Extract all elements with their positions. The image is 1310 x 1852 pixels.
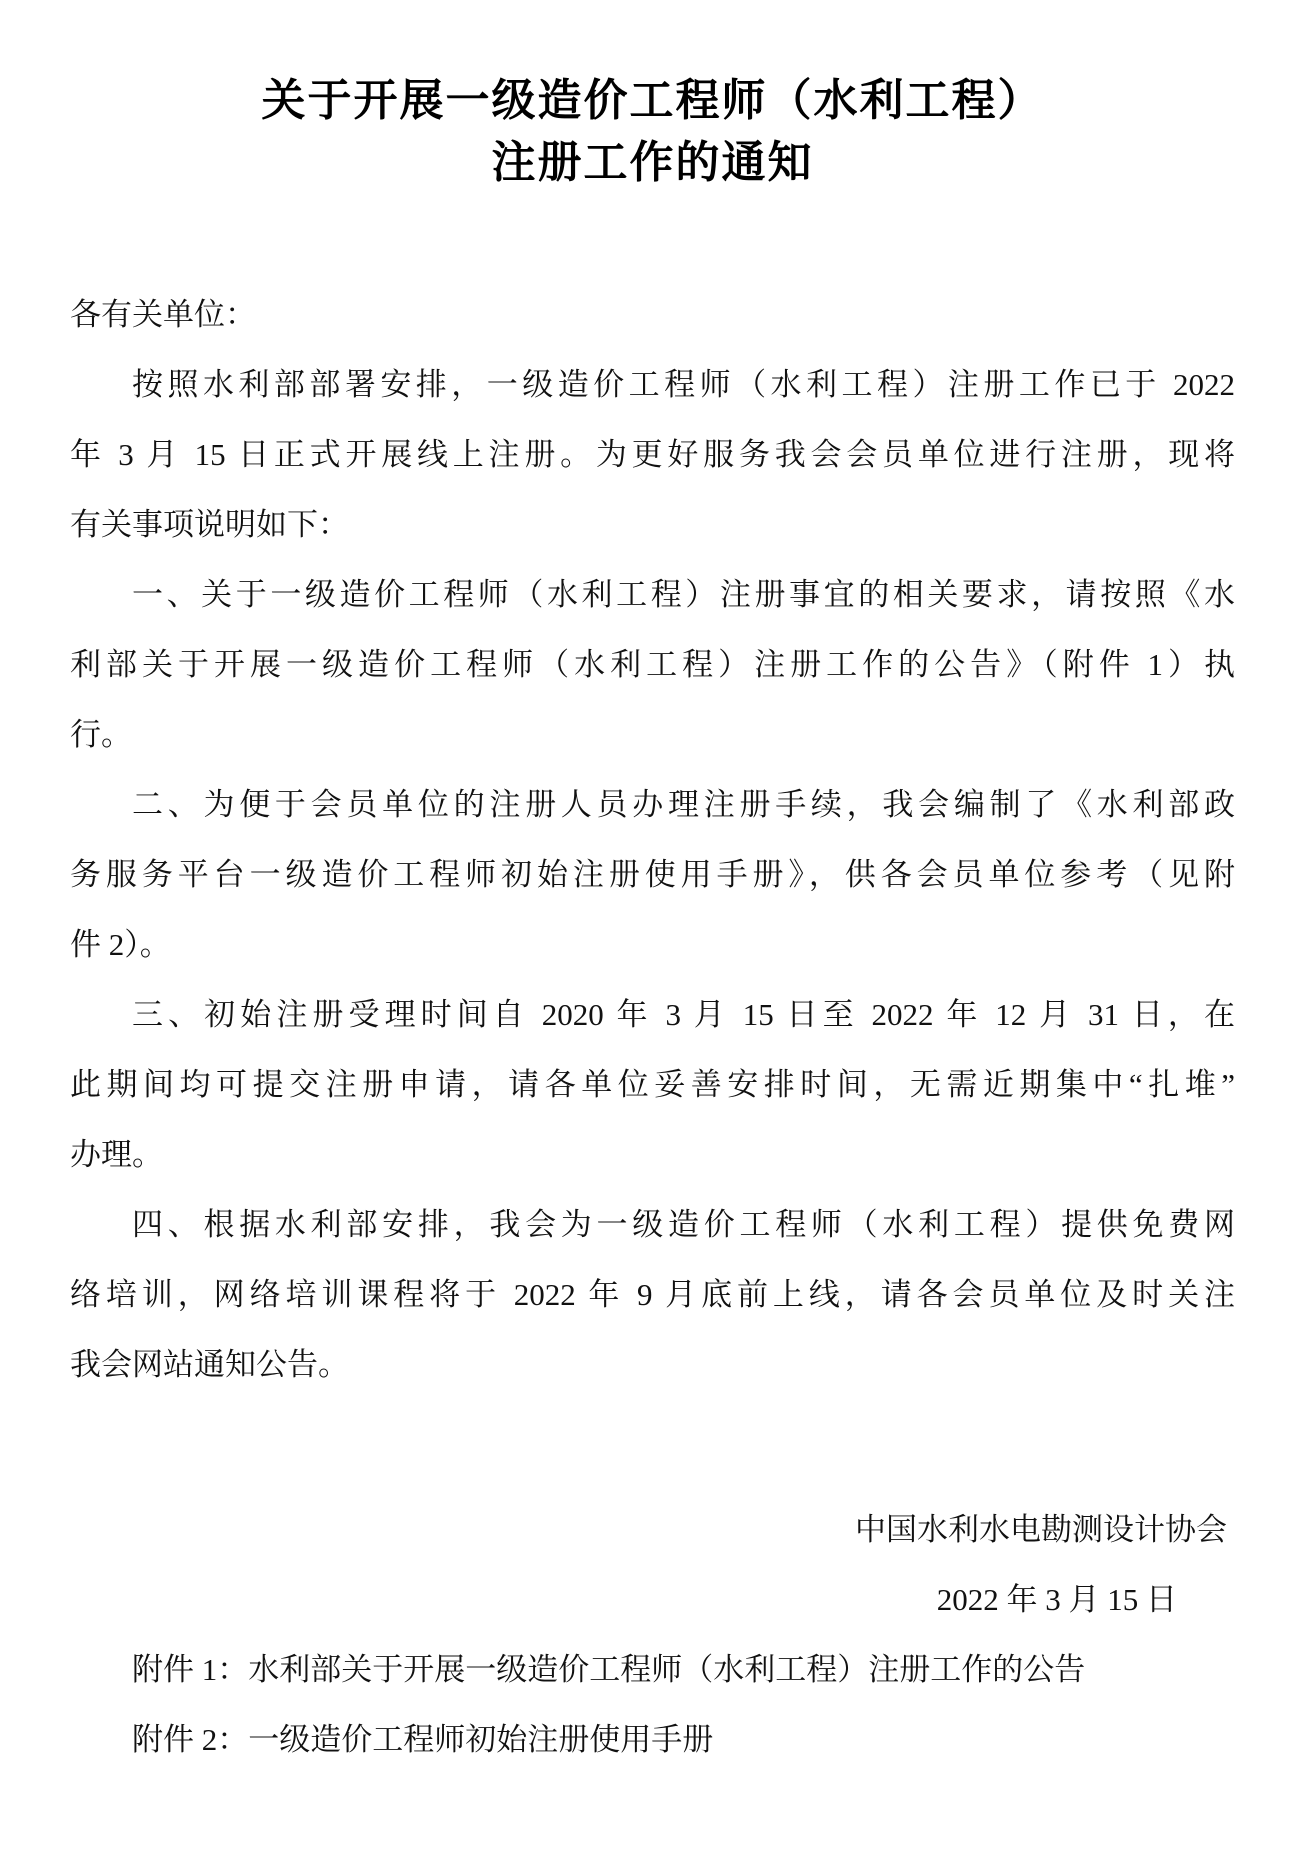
text-line: 我会网站通知公告。 bbox=[70, 1330, 1235, 1400]
text-line: 四、根据水利部安排，我会为一级造价工程师（水利工程）提供免费网 bbox=[70, 1190, 1235, 1260]
text-line: 各有关单位： bbox=[70, 280, 1235, 350]
text-line: 利部关于开展一级造价工程师（水利工程）注册工作的公告》（附件 1）执 bbox=[70, 630, 1235, 700]
text-line: 络培训，网络培训课程将于 2022 年 9 月底前上线，请各会员单位及时关注 bbox=[70, 1260, 1235, 1330]
text-line: 附件 2：一级造价工程师初始注册使用手册 bbox=[70, 1705, 1235, 1775]
text-line: 件 2）。 bbox=[70, 910, 1235, 980]
title-line-1: 关于开展一级造价工程师（水利工程） bbox=[70, 70, 1235, 132]
text-line: 此期间均可提交注册申请，请各单位妥善安排时间，无需近期集中“扎堆” bbox=[70, 1050, 1235, 1120]
signature-organization: 中国水利水电勘测设计协会 bbox=[70, 1495, 1235, 1565]
text-line: 办理。 bbox=[70, 1120, 1235, 1190]
signature-date: 2022 年 3 月 15 日 bbox=[70, 1565, 1235, 1635]
text-line: 按照水利部部署安排，一级造价工程师（水利工程）注册工作已于 2022 bbox=[70, 350, 1235, 420]
text-line: 二、为便于会员单位的注册人员办理注册手续，我会编制了《水利部政 bbox=[70, 770, 1235, 840]
document-title: 关于开展一级造价工程师（水利工程） 注册工作的通知 bbox=[70, 70, 1235, 194]
document-body: 各有关单位：按照水利部部署安排，一级造价工程师（水利工程）注册工作已于 2022… bbox=[70, 280, 1235, 1400]
signature-block: 中国水利水电勘测设计协会 2022 年 3 月 15 日 bbox=[70, 1495, 1235, 1635]
attachments-list: 附件 1：水利部关于开展一级造价工程师（水利工程）注册工作的公告附件 2：一级造… bbox=[70, 1635, 1235, 1775]
text-line: 行。 bbox=[70, 700, 1235, 770]
text-line: 有关事项说明如下： bbox=[70, 490, 1235, 560]
text-line: 附件 1：水利部关于开展一级造价工程师（水利工程）注册工作的公告 bbox=[70, 1635, 1235, 1705]
text-line: 务服务平台一级造价工程师初始注册使用手册》，供各会员单位参考（见附 bbox=[70, 840, 1235, 910]
text-line: 年 3 月 15 日正式开展线上注册。为更好服务我会会员单位进行注册，现将 bbox=[70, 420, 1235, 490]
title-line-2: 注册工作的通知 bbox=[70, 132, 1235, 194]
text-line: 三、初始注册受理时间自 2020 年 3 月 15 日至 2022 年 12 月… bbox=[70, 980, 1235, 1050]
text-line: 一、关于一级造价工程师（水利工程）注册事宜的相关要求，请按照《水 bbox=[70, 560, 1235, 630]
document-page: 关于开展一级造价工程师（水利工程） 注册工作的通知 各有关单位：按照水利部部署安… bbox=[0, 0, 1310, 1852]
